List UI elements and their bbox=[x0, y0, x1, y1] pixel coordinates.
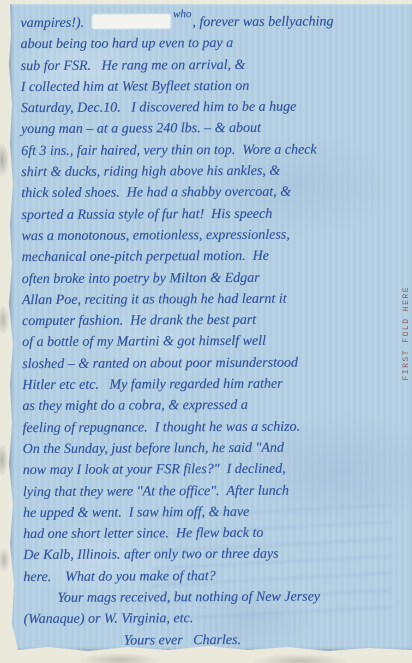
letter-line: sloshed – & ranted on about poor misunde… bbox=[22, 352, 410, 375]
letter-line: (Wanaque) or W. Virginia, etc. bbox=[23, 607, 411, 630]
inserted-word-who: who bbox=[173, 8, 191, 20]
first-fold-here-label: FIRST FOLD HERE bbox=[402, 286, 411, 381]
letter-line: of a bottle of my Martini & got himself … bbox=[22, 330, 410, 353]
letter-line: Your mags received, but nothing of New J… bbox=[23, 586, 411, 609]
letter-line-first: vampires!).who, forever was bellyaching bbox=[20, 11, 408, 34]
letter-line: 6ft 3 ins., fair haired, very thin on to… bbox=[21, 139, 409, 162]
letter-line: had one short letter since. He flew back… bbox=[23, 522, 411, 545]
letter-line: computer fashion. He drank the best part bbox=[22, 309, 410, 332]
letter-line: as they might do a cobra, & expressed a bbox=[22, 394, 410, 417]
letter-line: feeling of repugnance. I thought he was … bbox=[22, 416, 410, 439]
letter-line: mechanical one-pitch perpetual motion. H… bbox=[22, 245, 410, 268]
letter-line: sported a Russia style of fur hat! His s… bbox=[21, 203, 409, 226]
redacted-name-box bbox=[92, 14, 170, 28]
line-prefix: vampires!). bbox=[20, 16, 84, 31]
letter-line: I collected him at West Byfleet station … bbox=[21, 75, 409, 98]
letter-line: about being too hard up even to pay a bbox=[20, 32, 408, 55]
letter-line: often broke into poetry by Milton & Edga… bbox=[22, 267, 410, 290]
letter-line: he upped & went. I saw him off, & have bbox=[23, 501, 411, 524]
letter-line: was a monotonous, emotionless, expressio… bbox=[21, 224, 409, 247]
letter-line: now may I look at your FSR files?" I dec… bbox=[23, 458, 411, 481]
letter-line: young man – at a guess 240 lbs. – & abou… bbox=[21, 117, 409, 140]
letter-line: sub for FSR. He rang me on arrival, & bbox=[21, 54, 409, 77]
letter-body: vampires!).who, forever was bellyaching … bbox=[20, 11, 411, 652]
line-suffix: , forever was bellyaching bbox=[192, 14, 333, 30]
letter-line: Allan Poe, reciting it as though he had … bbox=[22, 288, 410, 311]
letter-line: De Kalb, Illinois. after only two or thr… bbox=[23, 543, 411, 566]
letter-line: thick soled shoes. He had a shabby overc… bbox=[21, 181, 409, 204]
letter-line: Hitler etc etc. My family regarded him r… bbox=[22, 373, 410, 396]
letter-paper: vampires!).who, forever was bellyaching … bbox=[8, 4, 412, 652]
letter-line: Saturday, Dec.10. I discovered him to be… bbox=[21, 96, 409, 119]
signature-line: Yours ever Charles. bbox=[24, 629, 412, 652]
letter-line: here. What do you make of that? bbox=[23, 565, 411, 588]
letter-line: shirt & ducks, riding high above his ank… bbox=[21, 160, 409, 183]
letter-line: On the Sunday, just before lunch, he sai… bbox=[23, 437, 411, 460]
letter-line: lying that they were "At the office". Af… bbox=[23, 480, 411, 503]
